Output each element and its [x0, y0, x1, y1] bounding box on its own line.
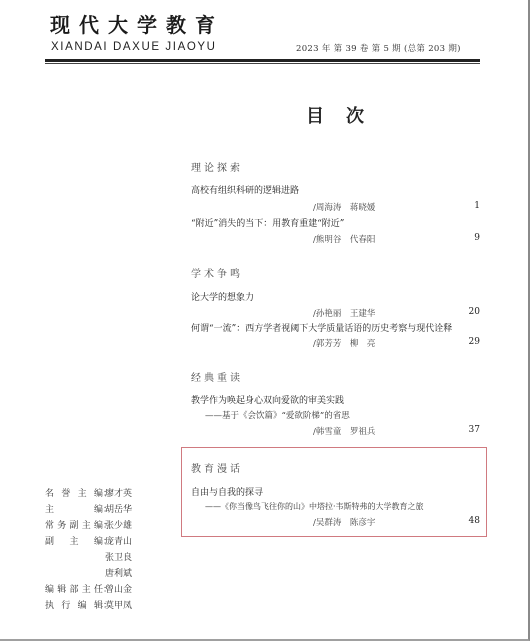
editor-role: 编辑部主任	[45, 582, 103, 595]
toc-title-left: 目	[306, 106, 324, 127]
toc-title: 目次	[306, 102, 364, 128]
editor-role: 执行编辑	[45, 598, 103, 611]
article-subtitle: ——基于《会饮篇》“爱欲阶梯”的省思	[205, 409, 350, 421]
editor-name: 庞青山	[105, 534, 132, 547]
article-authors: /周海涛 蒋晓媛	[313, 201, 375, 213]
article-title[interactable]: 高校有组织科研的逻辑进路	[191, 183, 299, 196]
article-authors: /韩雪童 罗祖兵	[313, 425, 375, 437]
journal-title: 现代大学教育	[50, 9, 224, 38]
editor-row: 名誉主编： 廖才英	[45, 486, 112, 499]
toc-title-right: 次	[346, 106, 364, 127]
editor-name: 廖才英	[105, 486, 132, 499]
article-authors: /孙艳丽 王建华	[313, 307, 375, 319]
article-title[interactable]: 何谓“一流”：西方学者视阈下大学质量话语的历史考察与现代诠释	[191, 321, 452, 334]
article-authors: /吴群涛 陈彦宇	[313, 516, 375, 528]
editor-role: 常务副主编	[45, 518, 103, 531]
editor-role: 副主编	[45, 534, 103, 547]
page-number: 9	[474, 233, 480, 243]
editor-name: 莫甲凤	[105, 598, 132, 611]
article-title[interactable]: 论大学的想象力	[191, 290, 254, 303]
editor-name: 唐利斌	[105, 566, 132, 579]
page-number: 1	[474, 201, 480, 211]
issue-info: 2023 年 第 39 卷 第 5 期 (总第 203 期)	[296, 42, 461, 54]
editor-row: 执行编辑： 莫甲凤	[45, 598, 112, 611]
editor-name: 胡岳华	[105, 502, 132, 515]
section-heading: 教育漫话	[191, 460, 243, 475]
editor-name: 曾山金	[105, 582, 132, 595]
header-rule-thick	[45, 59, 480, 62]
page-number: 29	[469, 337, 480, 347]
article-authors: /熊明谷 代春阳	[313, 233, 375, 245]
editor-name: 张少雄	[105, 518, 132, 531]
article-subtitle: ——《你当像鸟飞往你的山》中塔拉·韦斯特弗的大学教育之旅	[205, 501, 424, 512]
page-number: 48	[469, 516, 480, 526]
editor-role: 主编	[45, 502, 103, 515]
article-authors: /郭芳芳 柳 亮	[313, 337, 375, 349]
editor-row: 主编： 胡岳华	[45, 502, 112, 515]
section-heading: 经典重读	[191, 369, 243, 384]
section-heading: 学术争鸣	[191, 265, 243, 280]
editor-row: 副主编： 庞青山	[45, 534, 112, 547]
article-title[interactable]: “附近”消失的当下：用教育重建“附近”	[191, 216, 344, 229]
journal-pinyin: XIANDAI DAXUE JIAOYU	[51, 41, 217, 53]
editor-row: 常务副主编： 张少雄	[45, 518, 112, 531]
article-title[interactable]: 自由与自我的探寻	[191, 485, 263, 498]
editor-name: 张卫良	[105, 550, 132, 563]
section-heading: 理论探索	[191, 159, 243, 174]
header-rule-thin	[45, 63, 480, 64]
editor-row: 编辑部主任： 曾山金	[45, 582, 112, 595]
editor-role: 名誉主编	[45, 486, 103, 499]
article-title[interactable]: 教学作为唤起身心双向爱欲的审美实践	[191, 393, 344, 406]
document-page: 现代大学教育 XIANDAI DAXUE JIAOYU 2023 年 第 39 …	[0, 0, 530, 641]
page-number: 37	[469, 425, 480, 435]
page-number: 20	[469, 307, 480, 317]
